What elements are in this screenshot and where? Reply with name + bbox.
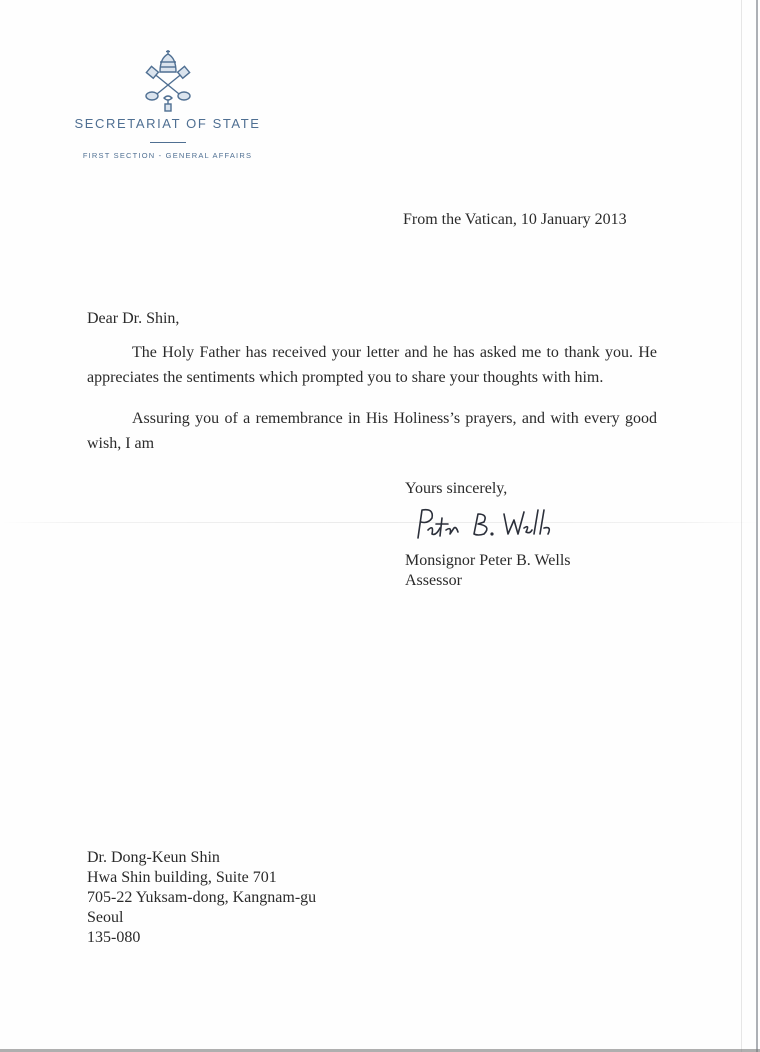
body-paragraph: The Holy Father has received your letter… [87, 340, 657, 390]
signer-title: Assessor [405, 571, 462, 591]
salutation: Dear Dr. Shin, [87, 308, 179, 330]
office-section: FIRST SECTION - GENERAL AFFAIRS [60, 151, 275, 160]
paper-fold-line [0, 522, 760, 523]
signer-name: Monsignor Peter B. Wells [405, 551, 571, 571]
letterhead-divider [150, 142, 186, 143]
dateline: From the Vatican, 10 January 2013 [403, 209, 627, 231]
closing: Yours sincerely, [405, 478, 507, 500]
page-edge-line [741, 0, 742, 1052]
recipient-address: Dr. Dong-Keun Shin Hwa Shin building, Su… [87, 848, 316, 948]
address-line: Hwa Shin building, Suite 701 [87, 868, 316, 888]
letterhead: SECRETARIAT OF STATE FIRST SECTION - GEN… [60, 48, 275, 160]
office-name: SECRETARIAT OF STATE [60, 116, 275, 131]
body-paragraph: Assuring you of a remembrance in His Hol… [87, 406, 657, 456]
page-edge-shadow [756, 0, 758, 1052]
papal-crest-icon [142, 48, 194, 112]
address-line: Seoul [87, 908, 316, 928]
address-line: Dr. Dong-Keun Shin [87, 848, 316, 868]
letter-page: SECRETARIAT OF STATE FIRST SECTION - GEN… [0, 0, 760, 1052]
address-line: 135-080 [87, 928, 316, 948]
handwritten-signature [412, 504, 562, 544]
address-line: 705-22 Yuksam-dong, Kangnam-gu [87, 888, 316, 908]
